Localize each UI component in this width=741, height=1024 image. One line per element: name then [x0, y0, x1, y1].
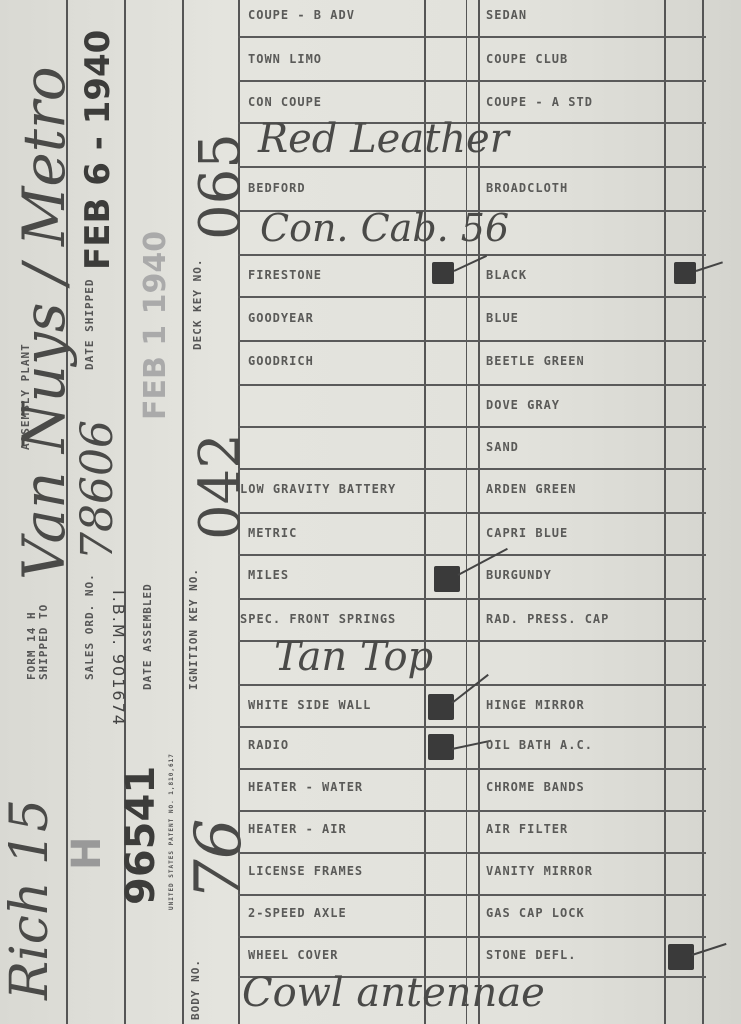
- handwritten-row: Tan Top: [238, 640, 708, 684]
- date-assembled-label: DATE ASSEMBLED: [142, 583, 154, 690]
- option-label: LICENSE FRAMES: [248, 864, 363, 879]
- option-label: BEDFORD: [248, 181, 306, 196]
- form-id-label: FORM 14 H SHIPPED TO: [26, 604, 50, 680]
- option-label: 2-SPEED AXLE: [248, 906, 347, 921]
- option-label: BROADCLOTH: [486, 181, 568, 196]
- option-row: GOODYEAR BLUE: [238, 296, 708, 340]
- handwritten-row: Red Leather: [238, 122, 708, 166]
- option-label: VANITY MIRROR: [486, 864, 593, 879]
- option-label: WHITE SIDE WALL: [248, 698, 371, 713]
- option-row: LOW GRAVITY BATTERY ARDEN GREEN: [238, 468, 708, 512]
- option-row: GOODRICH BEETLE GREEN: [238, 340, 708, 384]
- build-sheet-card: FORM 14 H SHIPPED TO ASSEMBLY PLANT SALE…: [0, 0, 741, 1024]
- option-label: GOODYEAR: [248, 311, 314, 326]
- handwritten-note: Cowl antennae: [242, 970, 545, 1016]
- options-grid: COUPE - B ADV SEDAN TOWN LIMO COUPE CLUB…: [238, 0, 708, 1024]
- option-row: HEATER - WATER CHROME BANDS: [238, 768, 708, 810]
- option-label: ARDEN GREEN: [486, 482, 576, 497]
- option-label: BLUE: [486, 311, 519, 326]
- check-tick: [454, 255, 487, 272]
- option-label: HINGE MIRROR: [486, 698, 585, 713]
- option-label: FIRESTONE: [248, 268, 322, 283]
- option-label: DOVE GRAY: [486, 398, 560, 413]
- option-row: TOWN LIMO COUPE CLUB: [238, 36, 708, 80]
- handwritten-row: Con. Cab. 56: [238, 210, 708, 254]
- handwritten-note: Con. Cab. 56: [260, 206, 509, 250]
- option-label: GOODRICH: [248, 354, 314, 369]
- option-row: FIRESTONE BLACK: [238, 254, 708, 296]
- option-label: WHEEL COVER: [248, 948, 338, 963]
- handwritten-row: Cowl antennae: [238, 976, 708, 1024]
- sales-ord-value: 78606: [72, 420, 123, 560]
- deck-key-label: DECK KEY NO.: [192, 259, 204, 350]
- option-label: LOW GRAVITY BATTERY: [240, 482, 396, 497]
- option-row: 2-SPEED AXLE GAS CAP LOCK: [238, 894, 708, 936]
- option-label: SEDAN: [486, 8, 527, 23]
- handwritten-note: Red Leather: [258, 116, 509, 162]
- option-label: BEETLE GREEN: [486, 354, 585, 369]
- shipped-to-value: Rich 15: [0, 799, 60, 1000]
- checkbox-checked[interactable]: [674, 262, 696, 284]
- option-label: BURGUNDY: [486, 568, 552, 583]
- option-label: HEATER - AIR: [248, 822, 347, 837]
- date-shipped-value: FEB 6 - 1940: [78, 30, 118, 270]
- option-label: HEATER - WATER: [248, 780, 363, 795]
- option-label: MILES: [248, 568, 289, 583]
- option-label: CHROME BANDS: [486, 780, 585, 795]
- option-row: HEATER - AIR AIR FILTER: [238, 810, 708, 852]
- option-row: LICENSE FRAMES VANITY MIRROR: [238, 852, 708, 894]
- option-row: WHITE SIDE WALL HINGE MIRROR: [238, 684, 708, 726]
- option-label: SPEC. FRONT SPRINGS: [240, 612, 396, 627]
- option-label: RAD. PRESS. CAP: [486, 612, 609, 627]
- option-label: COUPE - A STD: [486, 95, 593, 110]
- patent-text: UNITED STATES PATENT NO. 1,810,617: [168, 753, 175, 910]
- check-tick: [696, 261, 723, 272]
- option-label: AIR FILTER: [486, 822, 568, 837]
- body-no-label: BODY NO.: [190, 959, 202, 1020]
- option-label: COUPE - B ADV: [248, 8, 355, 23]
- option-label: METRIC: [248, 526, 297, 541]
- option-row: RADIO OIL BATH A.C.: [238, 726, 708, 768]
- assembly-plant-value: Van Nuys / Metro: [10, 66, 78, 580]
- option-label: RADIO: [248, 738, 289, 753]
- ignition-key-label: IGNITION KEY NO.: [188, 568, 200, 690]
- option-row: SAND: [238, 426, 708, 468]
- option-label: OIL BATH A.C.: [486, 738, 593, 753]
- serial-prefix: H: [64, 837, 110, 870]
- handwritten-note: Tan Top: [274, 634, 433, 680]
- option-row: METRIC CAPRI BLUE: [238, 512, 708, 554]
- option-label: TOWN LIMO: [248, 52, 322, 67]
- checkbox-checked[interactable]: [428, 734, 454, 760]
- option-label: CAPRI BLUE: [486, 526, 568, 541]
- option-label: SAND: [486, 440, 519, 455]
- sales-ord-label: SALES ORD. NO.: [84, 573, 96, 680]
- checkbox-checked[interactable]: [428, 694, 454, 720]
- option-label: GAS CAP LOCK: [486, 906, 585, 921]
- ibm-number: I.B.M. 901674: [109, 590, 128, 727]
- option-row: DOVE GRAY: [238, 384, 708, 426]
- option-row: BEDFORD BROADCLOTH: [238, 166, 708, 210]
- option-label: STONE DEFL.: [486, 948, 576, 963]
- date-shipped-label: DATE SHIPPED: [84, 279, 96, 370]
- check-tick: [692, 943, 727, 956]
- checkbox-checked[interactable]: [432, 262, 454, 284]
- option-row: MILES BURGUNDY: [238, 554, 708, 598]
- option-label: BLACK: [486, 268, 527, 283]
- serial-number: 96541: [118, 766, 164, 905]
- option-row: COUPE - B ADV SEDAN: [238, 0, 708, 36]
- checkbox-checked[interactable]: [434, 566, 460, 592]
- checkbox-checked[interactable]: [668, 944, 694, 970]
- option-label: COUPE CLUB: [486, 52, 568, 67]
- option-label: CON COUPE: [248, 95, 322, 110]
- date-assembled-value: FEB 1 1940: [138, 231, 173, 420]
